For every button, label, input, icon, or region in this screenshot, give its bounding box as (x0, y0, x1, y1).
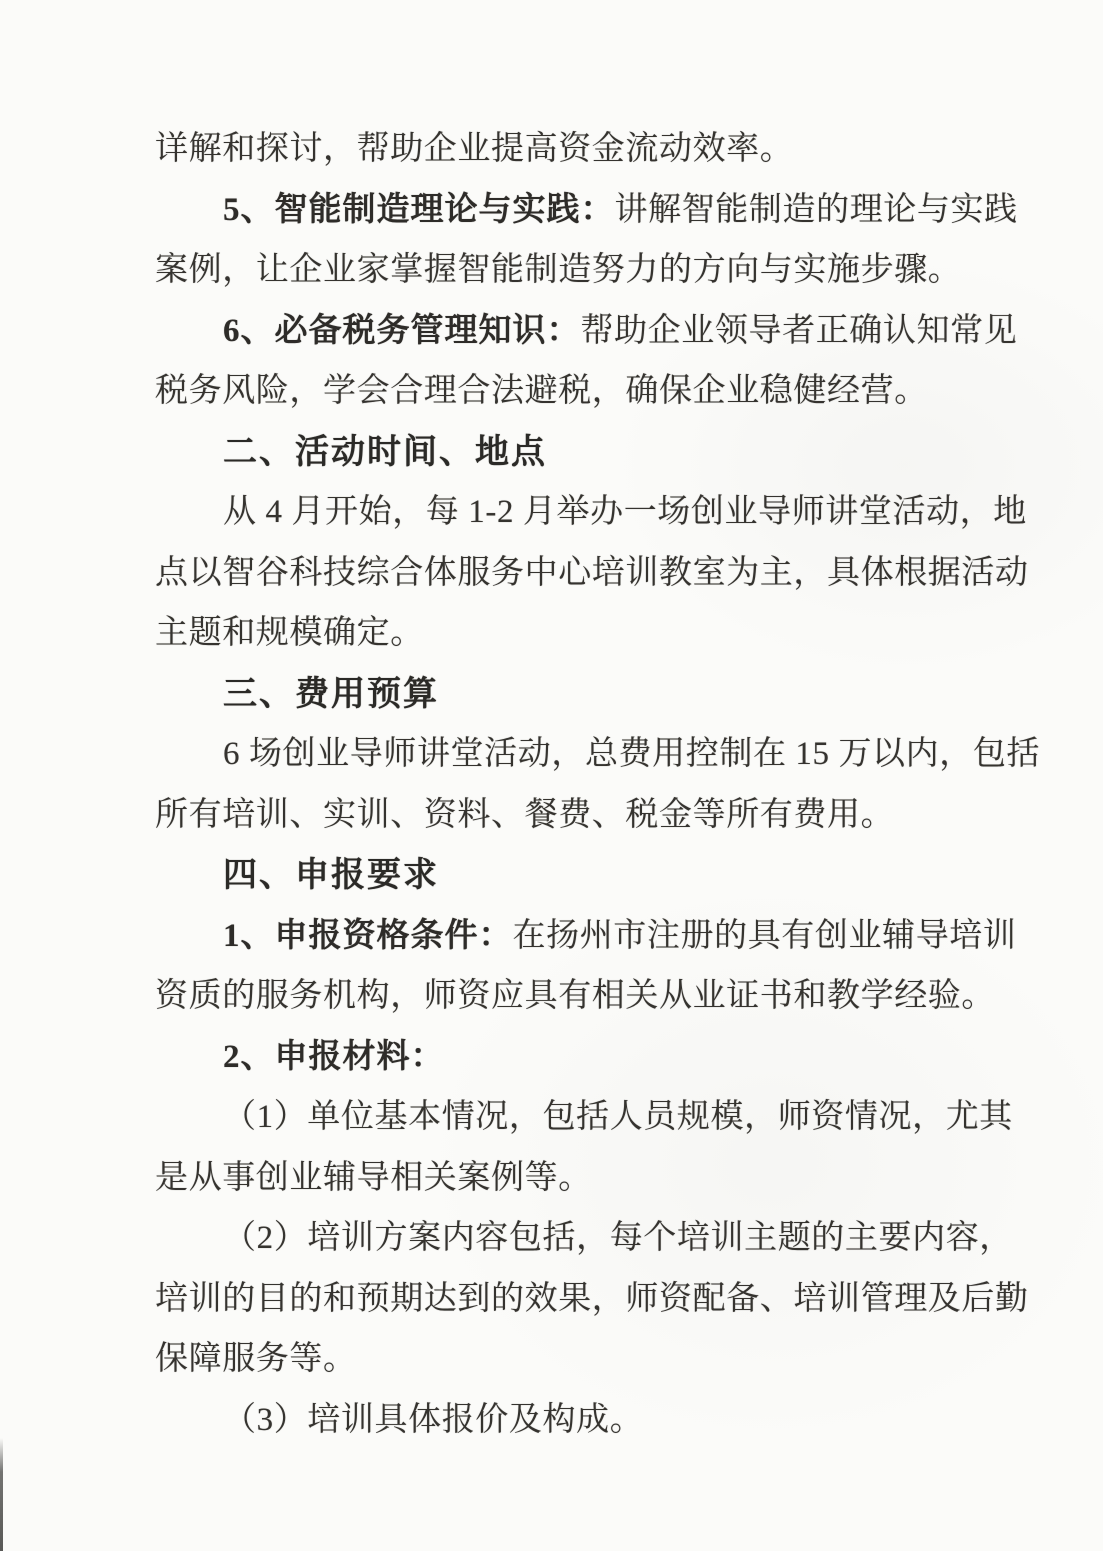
text-line: 6 场创业导师讲堂活动，总费用控制在 15 万以内，包括 (155, 724, 1000, 785)
list-item-5-line: 5、智能制造理论与实践：讲解智能制造的理论与实践 (155, 180, 1000, 241)
text-line: 主题和规模确定。 (155, 603, 1000, 664)
document-text-block: 详解和探讨，帮助企业提高资金流动效率。 5、智能制造理论与实践：讲解智能制造的理… (155, 0, 1000, 1450)
section-heading-4: 四、申报要求 (155, 845, 1000, 906)
list-item-6-line: 6、必备税务管理知识：帮助企业领导者正确认知常见 (155, 301, 1000, 362)
heading-text: 四、申报要求 (223, 856, 439, 894)
line-text: 资质的服务机构，师资应具有相关从业证书和教学经验。 (155, 978, 995, 1014)
line-text: 保障服务等。 (155, 1341, 357, 1377)
text-line: 资质的服务机构，师资应具有相关从业证书和教学经验。 (155, 966, 1000, 1027)
text-line: （1）单位基本情况，包括人员规模，师资情况，尤其 (155, 1087, 1000, 1148)
text-line: 税务风险，学会合理合法避税，确保企业稳健经营。 (155, 361, 1000, 422)
text-line: （2）培训方案内容包括，每个培训主题的主要内容， (155, 1208, 1000, 1269)
line-text: 帮助企业领导者正确认知常见 (581, 313, 1018, 349)
line-text: （2）培训方案内容包括，每个培训主题的主要内容， (223, 1220, 1013, 1256)
line-text: 6 场创业导师讲堂活动，总费用控制在 15 万以内，包括 (223, 736, 1040, 772)
text-line: 保障服务等。 (155, 1329, 1000, 1390)
line-text: （3）培训具体报价及构成。 (223, 1402, 643, 1438)
section-heading-2: 二、活动时间、地点 (155, 422, 1000, 483)
line-text: 案例，让企业家掌握智能制造努力的方向与实施步骤。 (155, 252, 961, 288)
heading-text: 二、活动时间、地点 (223, 433, 547, 471)
text-line: 培训的目的和预期达到的效果，师资配备、培训管理及后勤 (155, 1269, 1000, 1330)
document-page: 详解和探讨，帮助企业提高资金流动效率。 5、智能制造理论与实践：讲解智能制造的理… (0, 0, 1103, 1551)
line-text: 从 4 月开始，每 1-2 月举办一场创业导师讲堂活动，地 (223, 494, 1027, 530)
list-item-2-line: 2、申报材料： (155, 1027, 1000, 1088)
list-item-lead: 5、智能制造理论与实践： (223, 192, 615, 228)
heading-text: 三、费用预算 (223, 675, 439, 713)
section-heading-3: 三、费用预算 (155, 664, 1000, 725)
text-line: 从 4 月开始，每 1-2 月举办一场创业导师讲堂活动，地 (155, 482, 1000, 543)
text-line: 是从事创业辅导相关案例等。 (155, 1148, 1000, 1209)
text-line: 点以智谷科技综合体服务中心培训教室为主，具体根据活动 (155, 543, 1000, 604)
line-text: 主题和规模确定。 (155, 615, 424, 651)
line-text: 在扬州市注册的具有创业辅导培训 (513, 918, 1017, 954)
list-item-lead: 6、必备税务管理知识： (223, 313, 581, 349)
list-item-1-line: 1、申报资格条件：在扬州市注册的具有创业辅导培训 (155, 906, 1000, 967)
text-line: （3）培训具体报价及构成。 (155, 1390, 1000, 1451)
line-text: 所有培训、实训、资料、餐费、税金等所有费用。 (155, 797, 894, 833)
line-text: 税务风险，学会合理合法避税，确保企业稳健经营。 (155, 373, 928, 409)
list-item-lead: 2、申报材料： (223, 1039, 445, 1075)
line-text: 点以智谷科技综合体服务中心培训教室为主，具体根据活动 (155, 555, 1029, 591)
text-line: 案例，让企业家掌握智能制造努力的方向与实施步骤。 (155, 240, 1000, 301)
list-item-lead: 1、申报资格条件： (223, 918, 513, 954)
text-line: 详解和探讨，帮助企业提高资金流动效率。 (155, 119, 1000, 180)
line-text: （1）单位基本情况，包括人员规模，师资情况，尤其 (223, 1099, 1013, 1135)
scan-edge-artifact (0, 1438, 3, 1551)
line-text: 讲解智能制造的理论与实践 (615, 192, 1018, 228)
line-text: 是从事创业辅导相关案例等。 (155, 1160, 592, 1196)
line-text: 详解和探讨，帮助企业提高资金流动效率。 (155, 131, 793, 167)
line-text: 培训的目的和预期达到的效果，师资配备、培训管理及后勤 (155, 1281, 1029, 1317)
text-line: 所有培训、实训、资料、餐费、税金等所有费用。 (155, 785, 1000, 846)
